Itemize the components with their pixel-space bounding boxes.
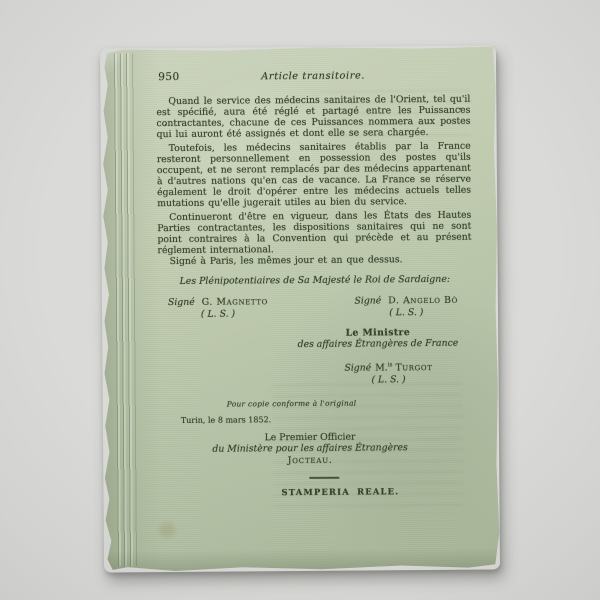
pamphlet-page: 950 Article transitoire. Quand le servic… <box>100 45 500 572</box>
signatory-name: D. Angelo Bò <box>388 295 458 307</box>
printer-imprint: STAMPERIA REALE. <box>183 486 497 499</box>
seal-mark: ( L. S. ) <box>355 307 459 319</box>
certified-copy-note: Pour copie conforme à l'original <box>227 397 473 410</box>
separator-rule <box>309 477 339 479</box>
signatory-name-superscript: is <box>388 362 393 368</box>
signed-label: Signé <box>168 297 195 308</box>
paper-sheet: 950 Article transitoire. Quand le servic… <box>100 45 500 572</box>
paragraph: Continueront d'être en vigueur, dans les… <box>157 210 471 256</box>
section-heading: Article transitoire. <box>156 70 470 83</box>
signatory-name-prefix: M. <box>375 362 388 373</box>
signed-label: Signé <box>354 295 381 306</box>
officer-block: Le Premier Officier du Ministère pour le… <box>153 431 467 467</box>
minister-title-block: Le Ministre des affaires Étrangères de F… <box>297 327 458 350</box>
paragraph: Toutefois, les médecins sanitaires établ… <box>157 141 472 209</box>
signature-row: Signé G. Magnetto ( L. S. ) Signé D. Ang… <box>158 295 472 320</box>
minister-signature: SignéM.is Turgot ( L. S. ) <box>344 360 432 386</box>
officer-name: Jocteau. <box>153 454 467 467</box>
photo-background: 950 Article transitoire. Quand le servic… <box>0 0 600 600</box>
signature-right: Signé D. Angelo Bò ( L. S. ) <box>354 295 458 319</box>
signatory-name: G. Magnetto <box>202 296 268 308</box>
place-date-line: Turin, le 8 mars 1852. <box>181 413 473 426</box>
paragraph: Quand le service des médecins sanitaires… <box>156 94 470 140</box>
signed-label: Signé <box>344 363 371 374</box>
signed-at-paris-line: Signé à Paris, les mêmes jour et an que … <box>158 254 472 267</box>
spine-creases <box>109 53 143 566</box>
plenipotentiaries-line: Les Plénipotentiaires de Sa Majesté le R… <box>158 274 472 287</box>
printed-text-block: 950 Article transitoire. Quand le servic… <box>156 70 473 500</box>
seal-mark: ( L. S. ) <box>344 374 432 386</box>
signature-left: Signé G. Magnetto ( L. S. ) <box>168 296 268 320</box>
seal-mark: ( L. S. ) <box>168 308 268 320</box>
minister-title-line2: des affaires Étrangères de France <box>298 338 459 350</box>
signatory-name: Turgot <box>395 362 432 373</box>
page-header: 950 Article transitoire. <box>156 70 470 86</box>
